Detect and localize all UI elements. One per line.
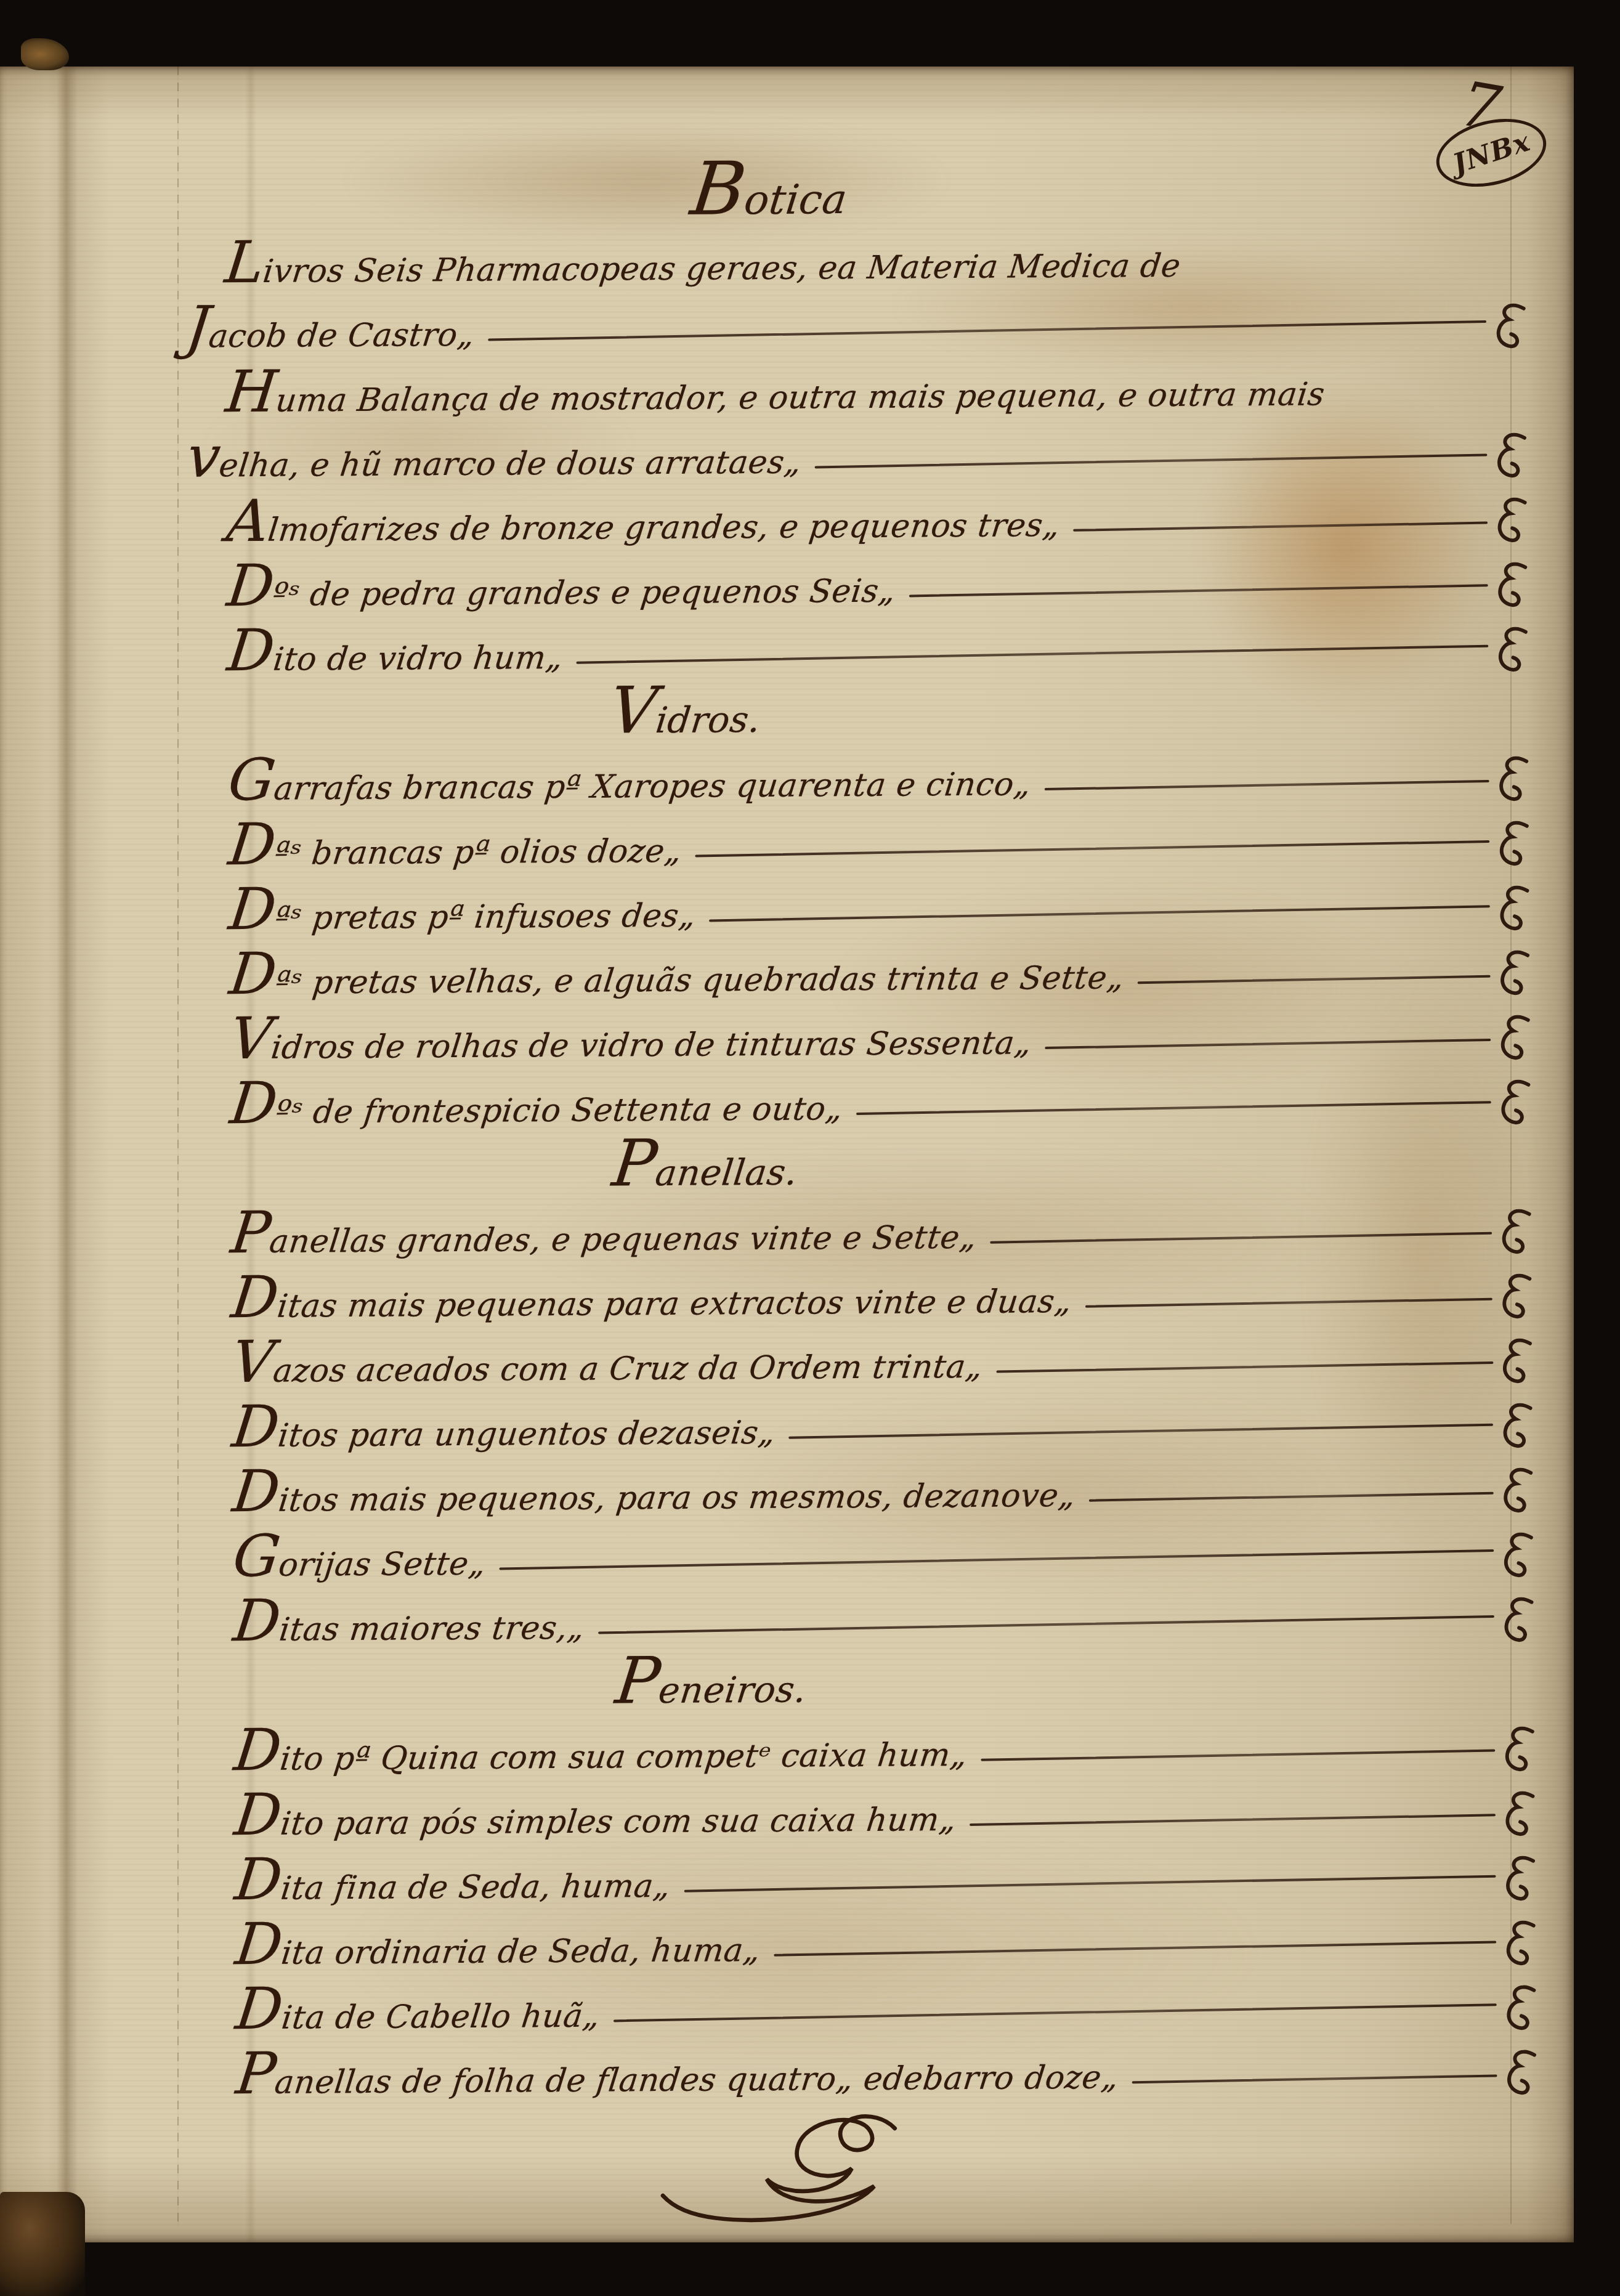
line-end-flourish-icon [1495,881,1530,946]
inventory-line: Vazos aceados com a Cruz da Ordem trinta… [189,1316,1533,1389]
section-heading: Vidros. [607,701,763,739]
inventory-line-text: Ditos para unguentos dezaseis„ [230,1416,777,1453]
ink-rule [1045,1039,1491,1049]
inventory-line-text: Garrafas brancas pª Xaropes quarenta e c… [226,768,1033,807]
ink-rule [990,1232,1492,1244]
inventory-line-text: Dita fina de Seda, huma„ [233,1870,673,1906]
inventory-line: Panellas grandes, e pequenas vinte e Set… [188,1187,1532,1259]
ink-rule [488,320,1486,341]
inventory-line-text: Huma Balança de mostrador, e outra mais … [224,378,1327,419]
inventory-line-text: Jacob de Castro„ [184,318,476,354]
binding-leather-fragment-bottom [0,2192,85,2296]
inventory-line: Dªˢ pretas pª infusoes des„ [187,863,1530,936]
section-heading: Panellas. [610,1154,800,1193]
page-title: Botica [688,178,849,222]
inventory-line-text: Dºˢ de frontespicio Settenta e outo„ [228,1093,844,1130]
line-end-flourish-icon [1501,1787,1536,1852]
ink-rule [856,1101,1491,1115]
inventory-line-text: velha, e hũ marco de dous arrataes„ [184,446,803,484]
ink-rule [815,453,1488,468]
bottom-flourish-ornament [625,2112,958,2256]
line-end-flourish-icon [1497,1204,1532,1270]
inventory-line: velha, e hũ marco de dous arrataes„ [184,410,1527,483]
line-end-flourish-icon [1494,752,1529,817]
inventory-line: Ditas maiores tres,„ [191,1575,1534,1647]
inventory-line-text: Ditas maiores tres,„ [231,1612,586,1647]
inventory-line: Ditos para unguentos dezaseis„ [190,1381,1533,1453]
inventory-line: Dita fina de Seda, huma„ [192,1833,1536,1906]
inventory-text-block: BoticaLivros Seis Pharmacopeas geraes, e… [182,124,1536,2100]
section-heading-row: Peneiros. [191,1639,1534,1712]
inventory-line-text: Gorijas Sette„ [230,1548,487,1583]
line-end-flourish-icon [1501,1851,1536,1917]
line-end-flourish-icon [1499,1528,1534,1593]
inventory-line: Dªˢ brancas pª olios doze„ [186,798,1529,871]
line-end-flourish-icon [1492,428,1527,493]
inventory-line: Jacob de Castro„ [183,281,1526,354]
inventory-line-text: Dito para pós simples com sua caixa hum„ [232,1803,958,1841]
inventory-line: Vidros de rolhas de vidro de tinturas Se… [187,992,1531,1065]
inventory-line-text: Panellas grandes, e pequenas vinte e Set… [229,1221,979,1259]
inventory-line-text: Dªˢ pretas velhas, e alguãs quebradas tr… [227,962,1126,1001]
inventory-line-text: Dito pª Quina com sua competᵉ caixa hum„ [232,1738,969,1777]
line-end-flourish-icon [1497,1269,1533,1334]
ink-rule [1044,780,1489,790]
ink-rule [577,645,1489,664]
inventory-line-text: Dªˢ brancas pª olios doze„ [226,835,683,871]
ink-rule [996,1361,1492,1373]
inventory-line-text: Ditos mais pequenos, para os mesmos, dez… [230,1479,1077,1518]
ink-rule [1132,2074,1497,2083]
ink-rule [981,1750,1495,1761]
line-end-flourish-icon [1493,558,1528,623]
line-end-flourish-icon [1495,946,1530,1011]
page-title-row: Botica [182,124,1525,224]
inventory-line: Dito para pós simples com sua caixa hum„ [192,1769,1536,1841]
line-end-flourish-icon [1502,1981,1537,2046]
inventory-line: Dºˢ de pedra grandes e pequenos Seis„ [184,540,1528,612]
inventory-line: Dita de Cabello huã„ [193,1963,1536,2035]
inventory-line: Ditos mais pequenos, para os mesmos, dez… [190,1445,1533,1518]
line-end-flourish-icon [1499,1463,1534,1528]
inventory-line: Ditas mais pequenas para extractos vinte… [188,1251,1532,1324]
manuscript-page: 7 JNBx BoticaLivros Seis Pharmacopeas ge… [0,67,1574,2242]
inventory-line: Dºˢ de frontespicio Settenta e outo„ [188,1057,1531,1130]
inventory-line-text: Vazos aceados com a Cruz da Ordem trinta… [229,1350,984,1389]
inventory-line: Dita ordinaria de Seda, huma„ [193,1898,1536,1971]
inventory-line: Huma Balança de mostrador, e outra mais … [183,346,1526,418]
scanner-background: 7 JNBx BoticaLivros Seis Pharmacopeas ge… [0,0,1620,2296]
ink-rule [970,1814,1496,1826]
inventory-line-text: Panellas de folha de flandes quatro„ ede… [233,2061,1120,2100]
ink-rule [789,1424,1493,1439]
inventory-line-text: Vidros de rolhas de vidro de tinturas Se… [227,1027,1033,1066]
inventory-line-text: Almofarizes de bronze grandes, e pequeno… [224,509,1062,548]
gutter-fold [57,67,78,2242]
ink-rule [695,840,1490,858]
ink-rule [1085,1298,1492,1308]
inventory-line-text: Dito de vidro hum„ [225,641,565,677]
inventory-line-text: Livros Seis Pharmacopeas geraes, ea Mate… [222,249,1182,289]
binding-leather-fragment-top [21,38,69,70]
section-heading: Peneiros. [613,1671,808,1710]
left-margin-rule [177,67,179,2226]
inventory-line: Gorijas Sette„ [190,1510,1534,1583]
line-end-flourish-icon [1494,816,1529,882]
inventory-line: Almofarizes de bronze grandes, e pequeno… [184,475,1528,548]
ink-rule [614,2003,1497,2022]
ink-rule [598,1615,1494,1634]
line-end-flourish-icon [1499,1592,1534,1658]
section-heading-row: Vidros. [185,669,1529,742]
inventory-line: Livros Seis Pharmacopeas geraes, ea Mate… [182,216,1526,289]
line-end-flourish-icon [1502,2045,1537,2111]
line-end-flourish-icon [1496,1010,1531,1076]
inventory-line-text: Ditas mais pequenas para extractos vinte… [229,1285,1074,1324]
ink-rule [1089,1492,1494,1502]
inventory-line-text: Dita de Cabello huã„ [233,2000,602,2035]
inventory-line-text: Dªˢ pretas pª infusoes des„ [227,899,698,936]
line-end-flourish-icon [1492,493,1528,558]
line-end-flourish-icon [1500,1722,1535,1787]
inventory-line: Dito pª Quina com sua competᵉ caixa hum„ [192,1704,1535,1777]
inventory-line: Dªˢ pretas velhas, e alguãs quebradas tr… [187,928,1530,1000]
inventory-line: Dito de vidro hum„ [185,604,1528,677]
inventory-line: Garrafas brancas pª Xaropes quarenta e c… [185,734,1529,806]
line-end-flourish-icon [1491,299,1526,364]
ink-rule [909,584,1488,597]
ink-rule [1138,975,1491,984]
section-heading-row: Panellas. [188,1122,1531,1195]
line-end-flourish-icon [1501,1916,1536,1981]
line-end-flourish-icon [1497,1334,1533,1399]
inventory-line-text: Dita ordinaria de Seda, huma„ [233,1934,762,1971]
ink-rule [499,1549,1494,1570]
ink-rule [1073,522,1488,532]
ink-rule [684,1875,1496,1892]
line-end-flourish-icon [1498,1398,1533,1464]
ink-rule [709,905,1489,922]
ink-rule [774,1941,1496,1956]
inventory-line: Panellas de folha de flandes quatro„ ede… [193,2027,1537,2100]
inventory-line-text: Dºˢ de pedra grandes e pequenos Seis„ [225,575,897,612]
line-end-flourish-icon [1493,622,1528,688]
line-end-flourish-icon [1496,1075,1531,1140]
